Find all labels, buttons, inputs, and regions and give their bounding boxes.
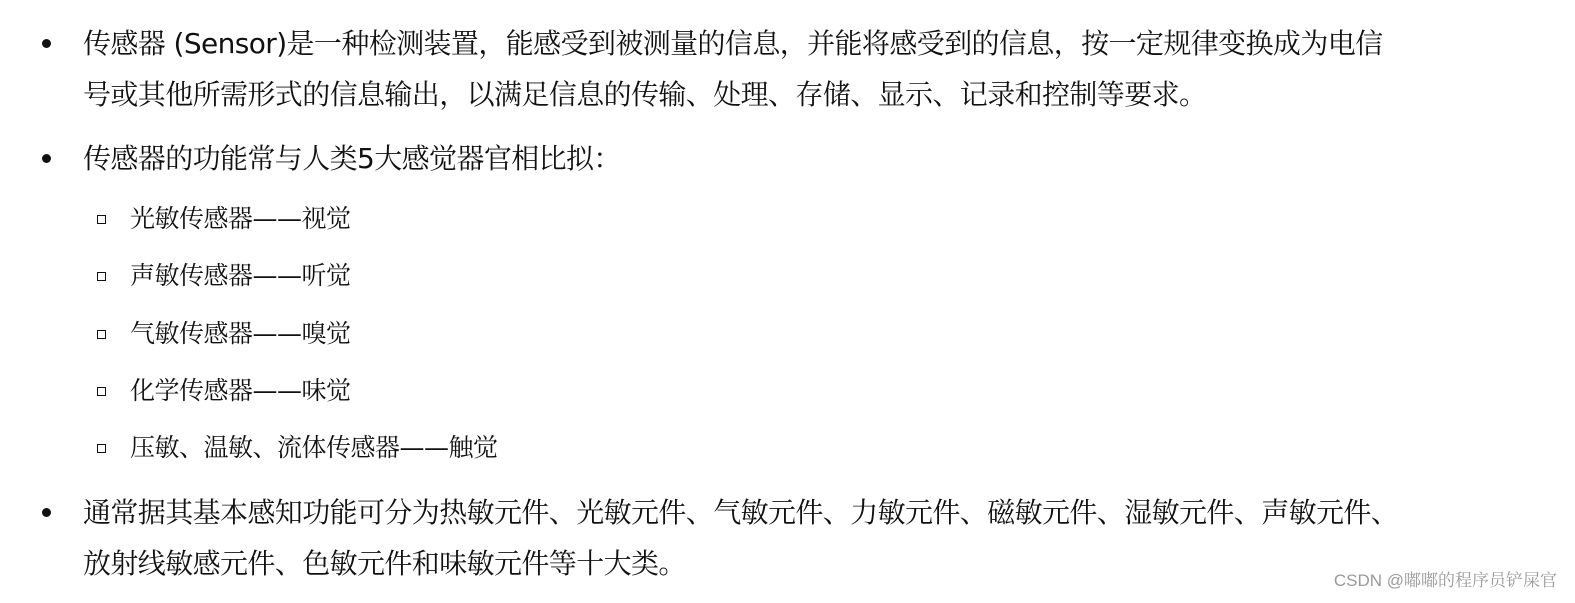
bullet-line: 传感器 (Sensor)是一种检测装置，能感受到被测量的信息，并能将感受到的信息… (83, 18, 1553, 69)
sub-item-text: 化学传感器——味觉 (130, 376, 351, 406)
watermark: CSDN @嘟嘟的程序员铲屎官 (1334, 566, 1557, 591)
sub-item-text: 光敏传感器——视觉 (130, 204, 351, 234)
bullet-dot-icon (42, 154, 51, 163)
square-bullet-icon (97, 387, 106, 396)
bullet-line: 放射线敏感元件、色敏元件和味敏元件等十大类。 (83, 538, 1553, 589)
bullet-text-categories: 通常据其基本感知功能可分为热敏元件、光敏元件、气敏元件、力敏元件、磁敏元件、湿敏… (83, 487, 1553, 589)
bullet-line: 号或其他所需形式的信息输出，以满足信息的传输、处理、存储、显示、记录和控制等要求… (83, 69, 1553, 120)
slide-content: 传感器 (Sensor)是一种检测装置，能感受到被测量的信息，并能将感受到的信息… (0, 0, 1575, 603)
sub-item-text: 气敏传感器——嗅觉 (130, 319, 351, 349)
sub-item-text: 压敏、温敏、流体传感器——触觉 (130, 433, 498, 463)
square-bullet-icon (97, 272, 106, 281)
square-bullet-icon (97, 330, 106, 339)
bullet-dot-icon (42, 508, 51, 517)
bullet-line: 传感器的功能常与人类5大感觉器官相比拟： (83, 133, 1553, 184)
square-bullet-icon (97, 444, 106, 453)
sub-item-text: 声敏传感器——听觉 (130, 261, 351, 291)
bullet-line: 通常据其基本感知功能可分为热敏元件、光敏元件、气敏元件、力敏元件、磁敏元件、湿敏… (83, 487, 1553, 538)
bullet-text-definition: 传感器 (Sensor)是一种检测装置，能感受到被测量的信息，并能将感受到的信息… (83, 18, 1553, 120)
bullet-dot-icon (42, 39, 51, 48)
square-bullet-icon (97, 215, 106, 224)
bullet-text-senses: 传感器的功能常与人类5大感觉器官相比拟： (83, 133, 1553, 184)
